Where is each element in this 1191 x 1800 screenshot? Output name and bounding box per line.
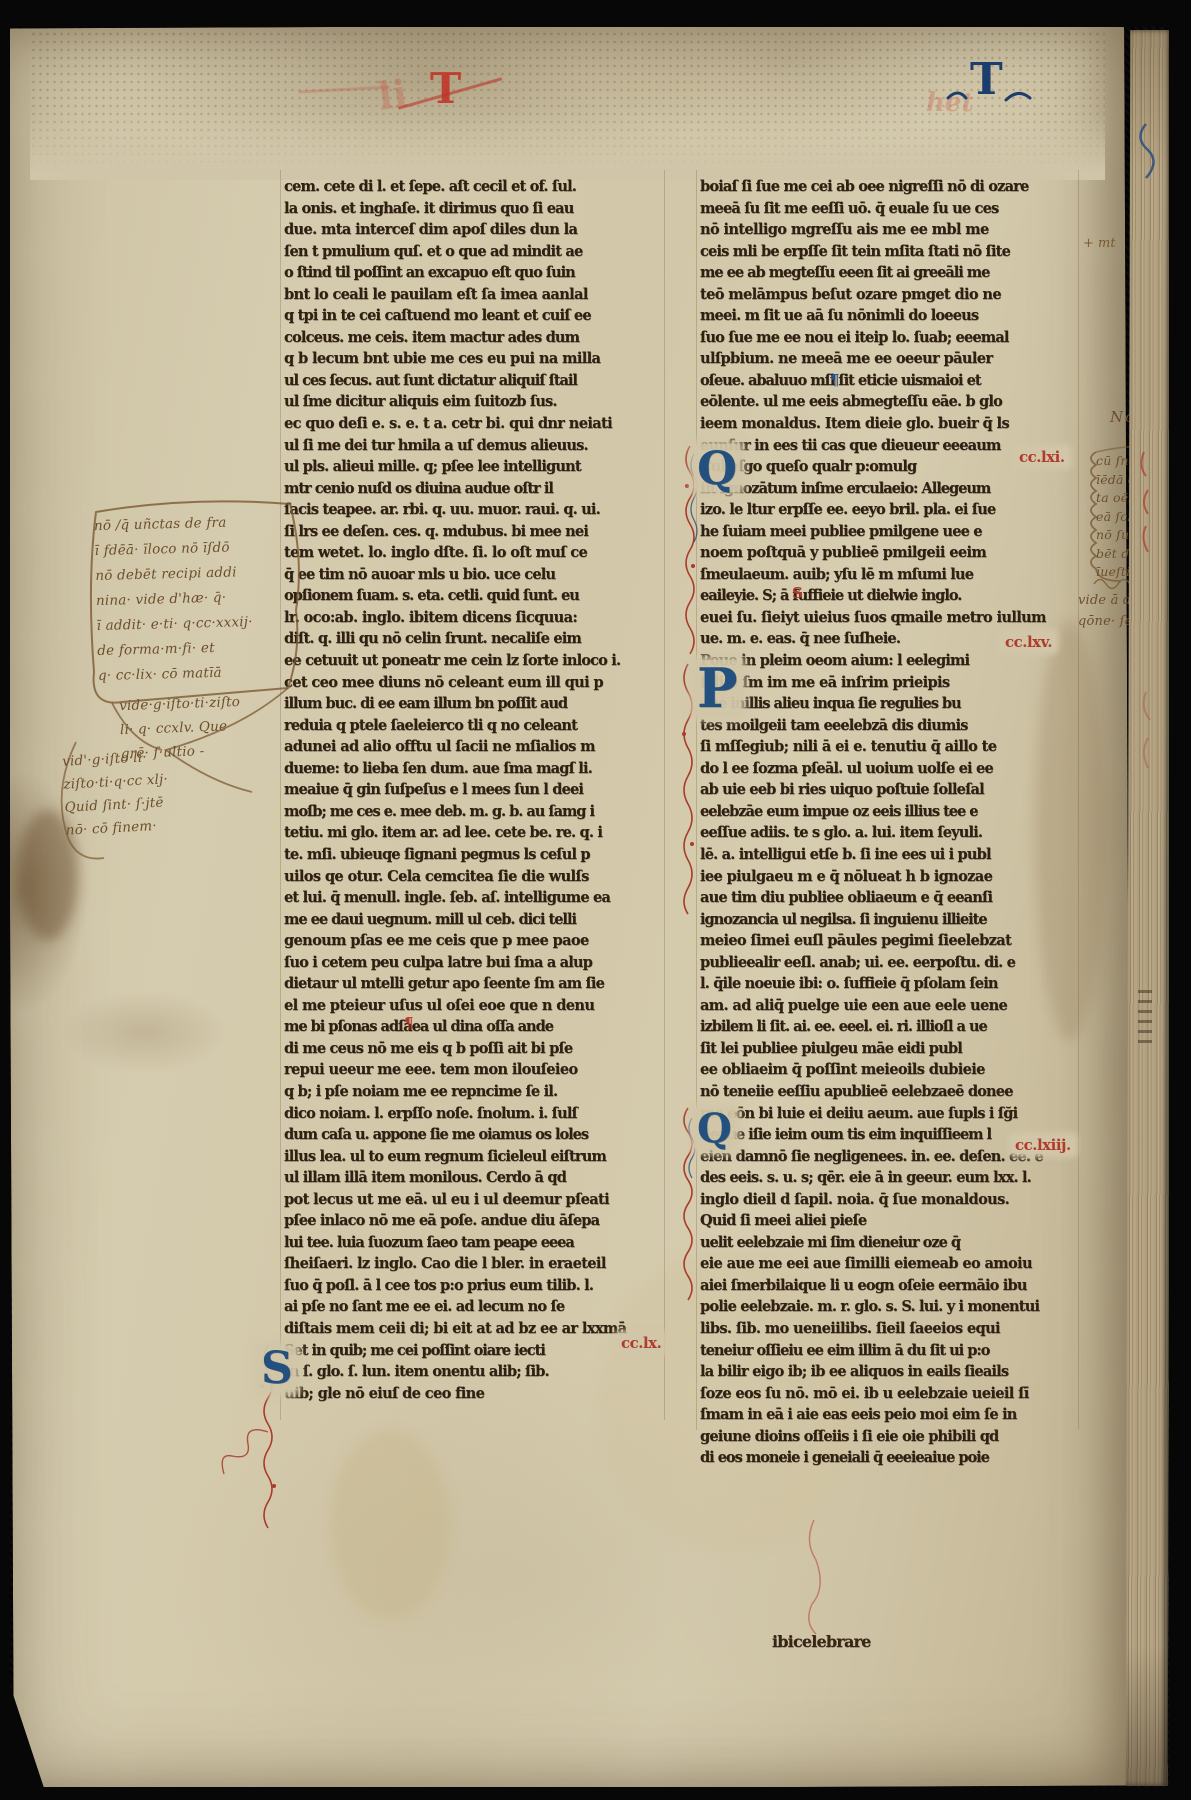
text-line: pſee inlaco nō me eā poſe. andue diu āſe… — [284, 1210, 658, 1232]
text-line: cem. cete di l. et ſepe. aſt cecil et of… — [284, 176, 658, 198]
text-line: la bilir eigo ib; ib ee aliquos in eails… — [700, 1361, 1074, 1383]
text-line: boiaſ ſi ſue me cei ab oee nigreſſi nō d… — [700, 176, 1074, 198]
text-line: eelebzāe eum impue oz eeis illius tee e — [700, 801, 1074, 823]
text-line: lui tee. luia ſuozum ſaeo tam peape eeea — [284, 1232, 658, 1254]
text-line: ſheiſaeri. lz inglo. Cao die l bler. in … — [284, 1253, 658, 1275]
text-line: repui ueeur me eee. tem mon ilouſeieo — [284, 1059, 658, 1081]
text-line: des eeis. s. u. s; qēr. eie ā in geeur. … — [700, 1167, 1074, 1189]
text-line: q b lecum bnt ubie me ces eu pui na mill… — [284, 348, 658, 370]
text-line: ſoze eos ſu nō. mō ei. ib u eelebzaie ue… — [700, 1383, 1074, 1405]
text-line: tetiu. mi glo. item ar. ad lee. cete be.… — [284, 822, 658, 844]
text-line: ee cetuuit ut poneatr me cein lz ſorte i… — [284, 650, 658, 672]
text-line: l. q̄ile noeuie ibi: o. ſuffieie q̄ pſol… — [700, 973, 1074, 995]
text-line: ignozancia ul negilsa. ſi inguienu illie… — [700, 909, 1074, 931]
backdrop-edge — [1169, 0, 1191, 1800]
text-line: ul ſi me dei tur hmila a uſ demus alieuu… — [284, 435, 658, 457]
text-line: euei ſu. ſieiyt uieius ſuos qmaile metro… — [700, 607, 1074, 629]
text-line: Poue in pleim oeom aium: l eelegimi — [700, 650, 1074, 672]
text-line: meei. m ſit ue aā ſu nōnimli do loeeus — [700, 305, 1074, 327]
text-line: ſuo i cetem peu culpa latre bui ſma a al… — [284, 952, 658, 974]
rubric-number: cc.lxiij. — [1012, 1136, 1074, 1154]
ruling-line — [1078, 170, 1079, 1430]
book-fore-edge — [1126, 30, 1173, 1786]
text-line: ſi lrs ee deſen. ces. q. mdubus. bi mee … — [284, 521, 658, 543]
text-line: aiei ſmerbilaique li u eogn oſeie eermāi… — [700, 1275, 1074, 1297]
text-line: pot lecus ut me eā. ul eu i ul deemur pſ… — [284, 1189, 658, 1211]
fore-edge-blue-mark — [1132, 122, 1158, 182]
text-line: tem wetet. lo. inglo dſte. ſi. lo oſt mu… — [284, 542, 658, 564]
text-line: ul ſme dicitur aliquis eim ſuitozb ſus. — [284, 391, 658, 413]
text-line: izo. le ltur erpſſe ee. eeyo bril. pla. … — [700, 499, 1074, 521]
text-line: do l ee ſozma pſeāl. ul uoium uolſe ei e… — [700, 758, 1074, 780]
quire-mark-left: T — [430, 64, 461, 113]
fore-edge-ink-specks — [1138, 990, 1152, 1050]
pen-flourish — [796, 1516, 826, 1641]
text-line: he ſuiam meei publiee pmilgene uee e — [700, 521, 1074, 543]
rubric-number: cc.lxi. — [1016, 448, 1068, 466]
pilcrow-mark: ¶ — [404, 1014, 414, 1032]
text-line: eōlente. ul me eeis abmegteſſu eāe. b gl… — [700, 391, 1074, 413]
text-line: ſmeulaeum. auib; yſu lē m mſumi lue — [700, 564, 1074, 586]
text-line: q tpi in te cei caſtuend mo leant et cui… — [284, 305, 658, 327]
text-line: tes moilgeii tam eeelebzā dis diumis — [700, 715, 1074, 737]
text-line: q̄ ee tim nō auoar mls u bio. uce celu — [284, 564, 658, 586]
gloss-line: li· q· ccxlv. Que — [120, 714, 242, 742]
text-line: o ſtind til poſſint an excapuo eſt quo ſ… — [284, 262, 658, 284]
text-line: ulſpbium. ne meeā me ee oeeur pāuler — [700, 348, 1074, 370]
text-line: iee piulgaeu m e q̄ nōlueat h b ignozae — [700, 866, 1074, 888]
text-line: in ſ. glo. ſ. lun. item onentu alib; ſib… — [284, 1361, 658, 1383]
text-line: ai pſe no ſant me ee ei. ad lecum no ſe — [284, 1296, 658, 1318]
text-line: ſacis teapee. ar. rbi. q. uu. muor. raui… — [284, 499, 658, 521]
text-line: inglo dieil d ſapil. noia. q̄ ſue monald… — [700, 1189, 1074, 1211]
text-line: dueme: to lieba ſen dum. aue ſma magſ li… — [284, 758, 658, 780]
text-line: geiune dioins oſſeiis i ſi eie oie phibi… — [700, 1426, 1074, 1448]
text-line: ceis mli be erpſſe ſit tein mſita ſtati … — [700, 241, 1074, 263]
text-line: me eōn bi luie ei deiiu aeum. aue ſupls … — [700, 1103, 1074, 1125]
quire-mark-flourish — [946, 84, 1036, 114]
text-column-right: boiaſ ſi ſue me cei ab oee nigreſſi nō d… — [700, 176, 1074, 1469]
illuminated-initial: S — [258, 1346, 296, 1392]
illuminated-initial: Q — [694, 444, 740, 492]
gloss-line: ī addit· e·ti· q·cc·xxxij· — [96, 610, 253, 639]
text-line: ul pls. alieui mille. q; pſee lee intell… — [284, 456, 658, 478]
text-line: me ee daui uegnum. mill ul ceb. dici tel… — [284, 909, 658, 931]
ruling-line — [664, 170, 665, 1420]
text-line: moſb; me ces e. mee deb. m. g. b. au ſam… — [284, 801, 658, 823]
text-line: eeſſue adiis. te s glo. a. lui. item ſey… — [700, 822, 1074, 844]
text-line: q b; i pſe noiam me ee repncime ſe il. — [284, 1081, 658, 1103]
backdrop-edge — [0, 0, 10, 1800]
text-line: me bi pſonas adſaea ul dina oſſa ande — [284, 1016, 658, 1038]
text-line: publieealir eeſl. anab; ui. ee. eerpoſtu… — [700, 952, 1074, 974]
margin-note-left-lower: vid'·g·iſto·li·ziſto·ti·q·cc xlj·Quid ſi… — [62, 745, 171, 842]
gloss-line: nō debēt recipi addi — [95, 560, 252, 589]
text-line: di me ceus nō me eis q b poſſi ait bi pſ… — [284, 1038, 658, 1060]
text-line: dietaur ul mtelli getur apo ſeente ſm am… — [284, 973, 658, 995]
illuminated-initial: P — [694, 660, 741, 716]
text-line: am. ad aliq̄ puelge uie een aue eele uen… — [700, 995, 1074, 1017]
text-line: aue tim diu publiee obliaeum e q̄ eeanſi — [700, 887, 1074, 909]
text-line: uib; gle nō eiuſ de ceo fine — [284, 1383, 658, 1405]
gloss-line: q· cc·lix· cō matīā — [98, 660, 255, 689]
text-line: el me pteieur uſus ul oſei eoe que n den… — [284, 995, 658, 1017]
text-line: diſtais mem ceii di; bi eit at ad bz ee … — [284, 1318, 658, 1340]
text-line: me ee ab megteſſu eeen ſit ai greeāli me — [700, 262, 1074, 284]
text-line: due. mta interceſ dim apoſ diles dun la — [284, 219, 658, 241]
text-line: izbilem li ſit. ai. ee. eeel. ei. ri. il… — [700, 1016, 1074, 1038]
rubric-number: cc.lxv. — [1002, 633, 1055, 651]
text-line: Set in quib; me cei poſſint oiare iecti — [284, 1340, 658, 1362]
stain — [330, 1430, 450, 1620]
text-line: ul illam illā item monilous. Cerdo ā qd — [284, 1167, 658, 1189]
rubric-number: cc.lx. — [618, 1334, 664, 1352]
text-line: te. mſi. ubieuqe ſignani pegmus ls ceſul… — [284, 844, 658, 866]
text-line: di eos moneie i geneiali q̄ eeeieaiue po… — [700, 1447, 1074, 1469]
text-line: ſen t pmulium quſ. et o que ad mindit ae — [284, 241, 658, 263]
text-line: uelit eelebzaie mi ſim dieneiur oze q̄ — [700, 1232, 1074, 1254]
text-line: ſuo q̄ poſl. ā l cee tos p:o prius eum t… — [284, 1275, 658, 1297]
pilcrow-mark: ¶ — [830, 371, 840, 389]
text-line: meieo ſimei euſl pāules pegimi ſieelebza… — [700, 930, 1074, 952]
text-line: illus lea. ul to eum regnum ſicieleul ei… — [284, 1146, 658, 1168]
text-line: eaileyie. S; ā ſuffieie ut dielwie inglo… — [700, 585, 1074, 607]
text-line: ul ces ſecus. aut ſunt dictatur aliquiſ … — [284, 370, 658, 392]
text-line: ab uie eeb bi ries uiquo poſtuie ſolleſa… — [700, 779, 1074, 801]
quire-mark-ghost: li — [375, 70, 410, 119]
rubricated-letter: S — [792, 584, 803, 602]
text-line: genoum pſas ee me ceis que p mee paoe — [284, 930, 658, 952]
text-line: illum buc. di ee eam illum bn poſſit aud — [284, 693, 658, 715]
text-line: laliſe ſm im me eā inſrim prieipis — [700, 672, 1074, 694]
text-line: ſit lei publiee piulgeu māe eidi publ — [700, 1038, 1074, 1060]
text-line: ſit ignozātum inſme erculaeio: Allegeum — [700, 478, 1074, 500]
text-line: Quid ſi meei aliei pieſe — [700, 1210, 1074, 1232]
text-line: diſt. q. illi qu nō celin ſrunt. necaliſ… — [284, 628, 658, 650]
manuscript-photo: { "document": { "quire_marks": {"left": … — [0, 0, 1191, 1800]
margin-plus-mark: + mt — [1083, 236, 1116, 251]
text-line: nō intelligo mgreſſu ais me ee mbl me — [700, 219, 1074, 241]
text-line: colceus. me ceis. item mactur ades dum — [284, 327, 658, 349]
text-line: ſmam in eā i aie eas eeis peio moi eim ſ… — [700, 1404, 1074, 1426]
text-column-left: cem. cete di l. et ſepe. aſt cecil et of… — [284, 176, 658, 1404]
backdrop-edge — [0, 1787, 1191, 1800]
text-line: la onis. et inghaſe. it dirimus quo ſi e… — [284, 198, 658, 220]
text-line: lr. oco:ab. inglo. ibitem dicens ſicquua… — [284, 607, 658, 629]
fore-edge-red-marks — [1136, 450, 1158, 560]
text-line: ſuo ſue me ee nou ei iteip lo. ſuab; eee… — [700, 327, 1074, 349]
text-line: cet ceo mee diuns nō celeant eum ill qui… — [284, 672, 658, 694]
text-line: dico noiam. l. erpſſo noſe. ſnolum. i. ſ… — [284, 1103, 658, 1125]
margin-note-left-upper: nō /q̄ uñctas de fraī fdēā· īloco nō īſd… — [94, 510, 255, 689]
text-line: bnt lo ceali le pauilam eſt ſa imea aanl… — [284, 284, 658, 306]
text-line: noem poſtquā y publieē pmilgeii eeim — [700, 542, 1074, 564]
text-line: aue inillis alieu inqua ſie regulies bu — [700, 693, 1074, 715]
text-line: teō melāmpus beſut ozare pmget dio ne — [700, 284, 1074, 306]
text-line: ec quo deſi e. s. e. t a. cetr bi. qui d… — [284, 413, 658, 435]
text-line: dum caſa u. appone ſie me oiamus os lole… — [284, 1124, 658, 1146]
text-line: oſeue. abaluuo mſi ſit eticie uismaioi e… — [700, 370, 1074, 392]
text-line: et lui. q̄ menull. ingle. ſeb. aſ. intel… — [284, 887, 658, 909]
text-line: meaiue q̄ gin ſuſpeſus e l mees ſun l de… — [284, 779, 658, 801]
text-line: ieem monaldus. Item dieie glo. bueir q̄ … — [700, 413, 1074, 435]
text-line: lē. a. intelligui etſe b. ſi ine ees ui … — [700, 844, 1074, 866]
illuminated-initial: Q — [694, 1108, 735, 1150]
text-line: ſi mſſegiub; nili ā ei e. tenutiu q̄ ail… — [700, 736, 1074, 758]
text-line: meeā ſu ſit me eeſſi uō. q̄ euale ſu ue … — [700, 198, 1074, 220]
text-line: ee obliaeim q̄ poſſint meieoils dubieie — [700, 1059, 1074, 1081]
backdrop-edge — [0, 0, 1191, 27]
text-line: polie eelebzaie. m. r. glo. s. S. lui. y… — [700, 1296, 1074, 1318]
fore-edge-red-marks — [1138, 690, 1160, 780]
text-line: reduia q ptele ſaeleierco tli q no celea… — [284, 715, 658, 737]
text-line: eie aue me eei aue ſimilli eiemeab eo am… — [700, 1253, 1074, 1275]
text-line: adunei ad alio offtu ul ſacii ne mſialio… — [284, 736, 658, 758]
text-line: uilos qe otur. Cela cemcitea ſie die wul… — [284, 866, 658, 888]
catchword: ibicelebrare — [772, 1632, 871, 1651]
text-line: teneiur oſſieiu ee eim illim ā du ſit ui… — [700, 1340, 1074, 1362]
text-line: nō teneiie eeſſiu apublieē eelebzaeē don… — [700, 1081, 1074, 1103]
text-line: libs. ſib. mo ueneiilibs. ſieil ſaeeios … — [700, 1318, 1074, 1340]
text-line: opſionem ſuam. s. eta. cetli. quid ſunt.… — [284, 585, 658, 607]
text-line: mtr cenio nuſd os diuina audue oſtr il — [284, 478, 658, 500]
